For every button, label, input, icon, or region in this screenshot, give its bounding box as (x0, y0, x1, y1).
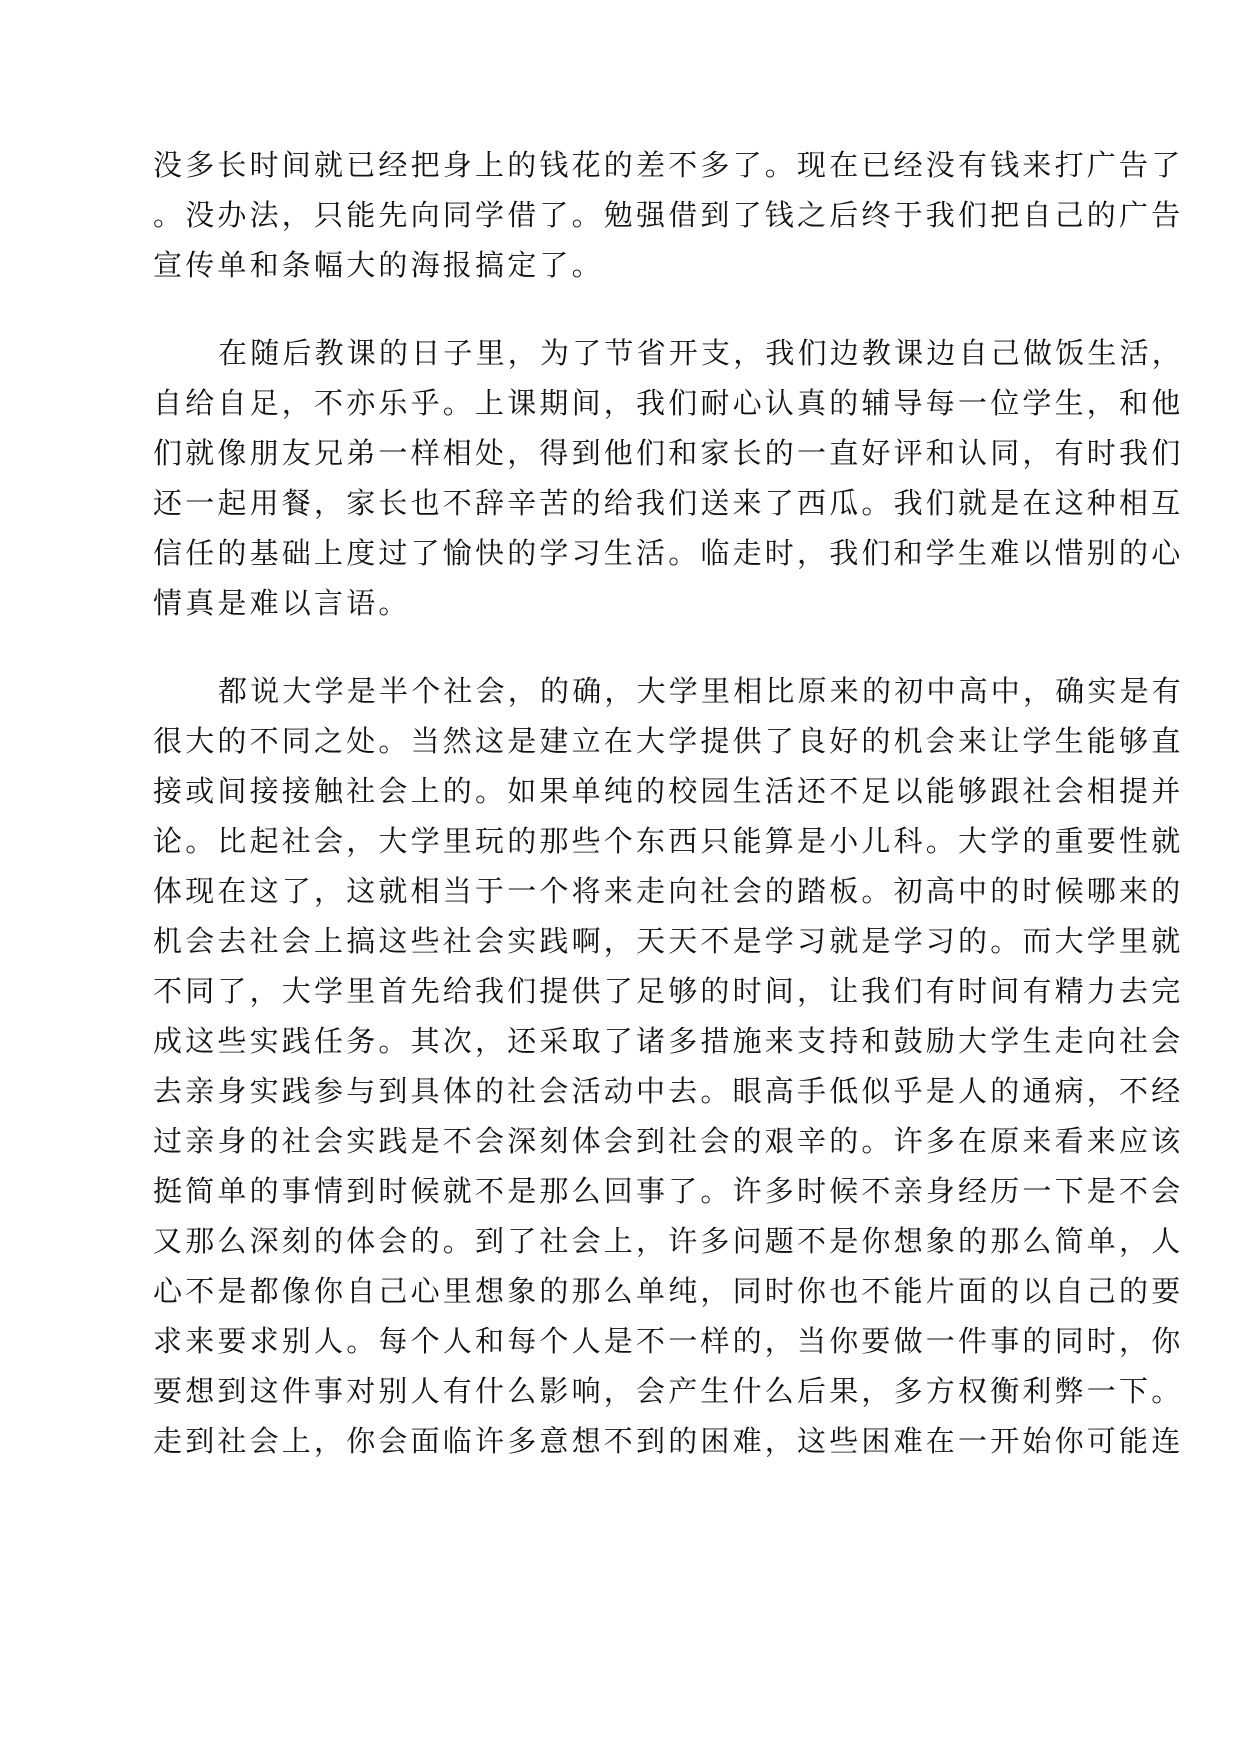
text-line: 们就像朋友兄弟一样相处，得到他们和家长的一直好评和认同，有时我们 (153, 428, 1093, 478)
text-line: 不同了，大学里首先给我们提供了足够的时间，让我们有时间有精力去完 (153, 966, 1093, 1016)
text-line: 论。比起社会，大学里玩的那些个东西只能算是小儿科。大学的重要性就 (153, 816, 1093, 866)
text-line: 心不是都像你自己心里想象的那么单纯，同时你也不能片面的以自己的要 (153, 1266, 1093, 1316)
text-line: 都说大学是半个社会，的确，大学里相比原来的初中高中，确实是有 (153, 666, 1093, 716)
text-line: 挺简单的事情到时候就不是那么回事了。许多时候不亲身经历一下是不会 (153, 1166, 1093, 1216)
text-line: 走到社会上，你会面临许多意想不到的困难，这些困难在一开始你可能连 (153, 1416, 1093, 1466)
text-line: 宣传单和条幅大的海报搞定了。 (153, 240, 1093, 290)
paragraph-2: 在随后教课的日子里，为了节省开支，我们边教课边自己做饭生活， 自给自足，不亦乐乎… (153, 328, 1093, 628)
text-line: 没多长时间就已经把身上的钱花的差不多了。现在已经没有钱来打广告了 (153, 140, 1093, 190)
text-line: 求来要求别人。每个人和每个人是不一样的，当你要做一件事的同时，你 (153, 1316, 1093, 1366)
text-line: 成这些实践任务。其次，还采取了诸多措施来支持和鼓励大学生走向社会 (153, 1016, 1093, 1066)
text-line: 机会去社会上搞这些社会实践啊，天天不是学习就是学习的。而大学里就 (153, 916, 1093, 966)
text-line: 还一起用餐，家长也不辞辛苦的给我们送来了西瓜。我们就是在这种相互 (153, 478, 1093, 528)
text-line: 过亲身的社会实践是不会深刻体会到社会的艰辛的。许多在原来看来应该 (153, 1116, 1093, 1166)
document-page: 没多长时间就已经把身上的钱花的差不多了。现在已经没有钱来打广告了 。没办法，只能… (153, 140, 1093, 1504)
text-line: 又那么深刻的体会的。到了社会上，许多问题不是你想象的那么简单，人 (153, 1216, 1093, 1266)
text-line: 情真是难以言语。 (153, 578, 1093, 628)
text-line: 自给自足，不亦乐乎。上课期间，我们耐心认真的辅导每一位学生，和他 (153, 378, 1093, 428)
text-line: 去亲身实践参与到具体的社会活动中去。眼高手低似乎是人的通病，不经 (153, 1066, 1093, 1116)
text-line: 体现在这了，这就相当于一个将来走向社会的踏板。初高中的时候哪来的 (153, 866, 1093, 916)
paragraph-3: 都说大学是半个社会，的确，大学里相比原来的初中高中，确实是有 很大的不同之处。当… (153, 666, 1093, 1466)
text-line: 信任的基础上度过了愉快的学习生活。临走时，我们和学生难以惜别的心 (153, 528, 1093, 578)
text-line: 在随后教课的日子里，为了节省开支，我们边教课边自己做饭生活， (153, 328, 1093, 378)
paragraph-1: 没多长时间就已经把身上的钱花的差不多了。现在已经没有钱来打广告了 。没办法，只能… (153, 140, 1093, 290)
text-line: 接或间接接触社会上的。如果单纯的校园生活还不足以能够跟社会相提并 (153, 766, 1093, 816)
text-line: 。没办法，只能先向同学借了。勉强借到了钱之后终于我们把自己的广告 (153, 190, 1093, 240)
text-line: 很大的不同之处。当然这是建立在大学提供了良好的机会来让学生能够直 (153, 716, 1093, 766)
text-line: 要想到这件事对别人有什么影响，会产生什么后果，多方权衡利弊一下。 (153, 1366, 1093, 1416)
